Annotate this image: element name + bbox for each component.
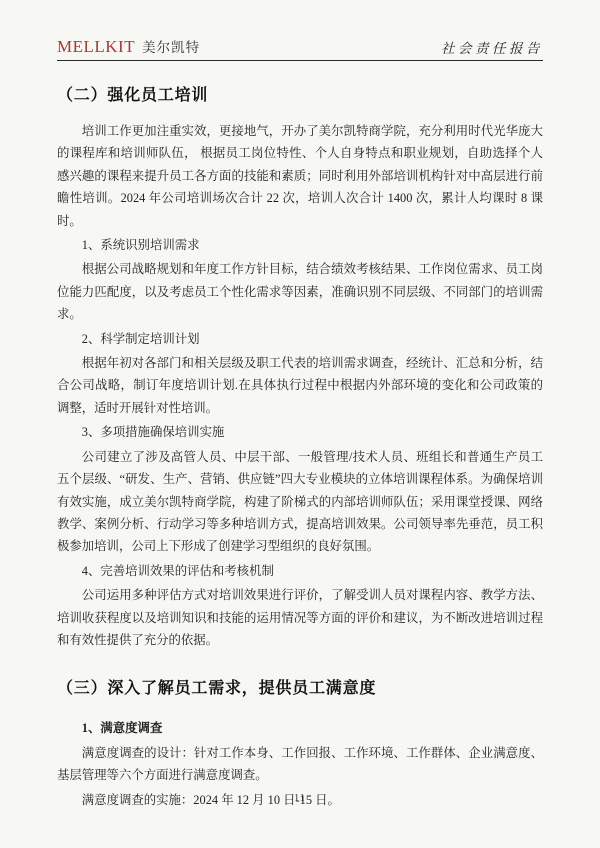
subheading-training-plan: 2、科学制定培训计划: [57, 328, 543, 350]
paragraph-training-implementation: 公司建立了涉及高管人员、中层干部、一般管理/技术人员、班组长和普通生产员工五个层…: [57, 446, 543, 558]
section-employee-satisfaction: （三）深入了解员工需求，提供员工满意度 1、满意度调查 满意度调查的设计：针对工…: [57, 679, 543, 811]
subheading-training-implementation: 3、多项措施确保培训实施: [57, 421, 543, 443]
report-title: 社会责任报告: [441, 37, 543, 57]
paragraph-training-plan: 根据年初对各部门和相关层级及职工代表的培训需求调查，经统计、汇总和分析，结合公司…: [57, 352, 543, 419]
section-2-heading: （二）强化员工培训: [57, 86, 543, 106]
subheading-identify-needs: 1、系统识别培训需求: [57, 234, 543, 256]
paragraph-identify-needs: 根据公司战略规划和年度工作方针目标，结合绩效考核结果、工作岗位需求、员工岗位能力…: [57, 258, 543, 325]
brand-name-en: MELLKIT: [57, 37, 135, 57]
report-page: MELLKIT 美尔凯特 社会责任报告 （二）强化员工培训 培训工作更加注重实效…: [0, 0, 600, 848]
subheading-satisfaction-survey: 1、满意度调查: [57, 717, 543, 739]
subheading-evaluation-mechanism: 4、完善培训效果的评估和考核机制: [57, 560, 543, 582]
brand-name-cn: 美尔凯特: [142, 36, 200, 56]
page-header: MELLKIT 美尔凯特 社会责任报告: [57, 36, 543, 61]
paragraph-survey-design: 满意度调查的设计：针对工作本身、工作回报、工作环境、工作群体、企业满意度、基层管…: [57, 742, 543, 787]
paragraph-training-overview: 培训工作更加注重实效，更接地气，开办了美尔凯特商学院，充分利用时代光华庞大的课程…: [57, 120, 543, 232]
section-3-heading: （三）深入了解员工需求，提供员工满意度: [57, 679, 543, 699]
paragraph-evaluation-mechanism: 公司运用多种评估方式对培训效果进行评价，了解受训人员对课程内容、教学方法、培训收…: [57, 584, 543, 651]
page-number: 11: [0, 793, 600, 804]
section-2-body: 培训工作更加注重实效，更接地气，开办了美尔凯特商学院，充分利用时代光华庞大的课程…: [57, 120, 543, 651]
section-employee-training: （二）强化员工培训 培训工作更加注重实效，更接地气，开办了美尔凯特商学院，充分利…: [57, 86, 543, 651]
brand-logo: MELLKIT 美尔凯特: [57, 36, 200, 57]
